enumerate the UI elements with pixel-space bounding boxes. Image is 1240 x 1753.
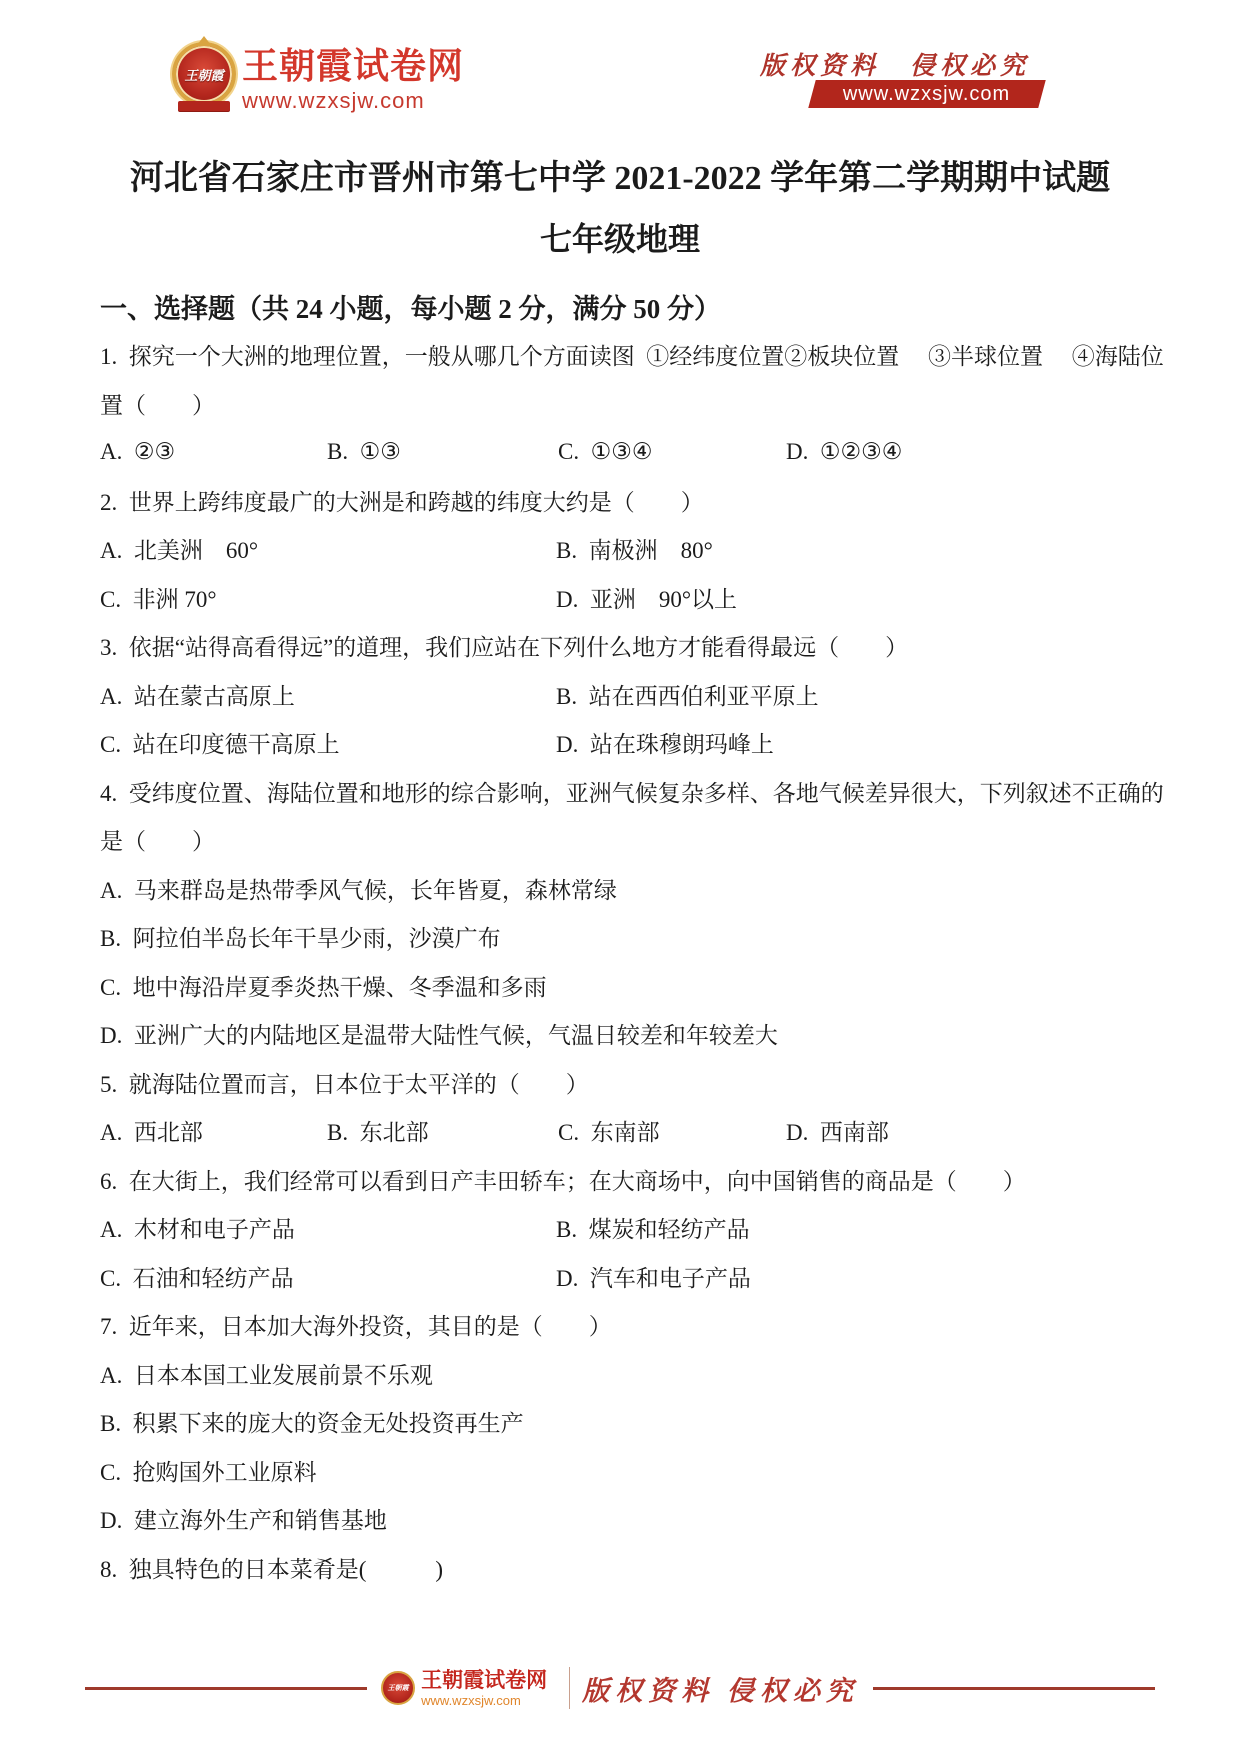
section-heading: 一、选择题（共 24 小题，每小题 2 分，满分 50 分） [100,282,1152,331]
q7-option-row: B. 积累下来的庞大的资金无处投资再生产 [100,1398,1152,1447]
url-banner: www.wzxsjw.com [808,80,1046,108]
q6-options-row: C. 石油和轻纺产品D. 汽车和电子产品 [100,1252,1152,1301]
q4-option-c: C. 地中海沿岸夏季炎热干燥、冬季温和多雨 [100,969,547,1002]
q1-option-a: A. ②③ [100,439,327,465]
q4-option-row: B. 阿拉伯半岛长年干旱少雨，沙漠广布 [100,913,1152,962]
q8-stem-line-1: 8. 独具特色的日本菜肴是( ) [100,1543,1152,1592]
page-subtitle: 七年级地理 [0,214,1240,260]
q1-option-b: B. ①③ [327,439,558,465]
site-name: 王朝霞试卷网 [242,48,464,84]
q5-option-d: D. 西南部 [786,1114,889,1147]
q5-options-row: A. 西北部B. 东北部C. 东南部D. 西南部 [100,1107,1152,1156]
q3-options-row: C. 站在印度德干高原上D. 站在珠穆朗玛峰上 [100,719,1152,768]
q5-option-b: B. 东北部 [327,1114,558,1147]
footer-site-name: 王朝霞试卷网 [421,1670,547,1691]
q4-option-a: A. 马来群岛是热带季风气候，长年皆夏，森林常绿 [100,872,617,905]
q1-stem-line-2: 置（ ） [100,379,1152,428]
q3-option-a: A. 站在蒙古高原上 [100,678,556,711]
q6-options-row: A. 木材和电子产品B. 煤炭和轻纺产品 [100,1204,1152,1253]
q7-option-row: C. 抢购国外工业原料 [100,1446,1152,1495]
q5-stem-line-1: 5. 就海陆位置而言，日本位于太平洋的（ ） [100,1058,1152,1107]
q4-option-row: C. 地中海沿岸夏季炎热干燥、冬季温和多雨 [100,961,1152,1010]
q3-options-row: A. 站在蒙古高原上B. 站在西西伯利亚平原上 [100,670,1152,719]
badge-text: 王朝霞 [184,65,223,84]
site-logo: 王朝霞试卷网 www.wzxsjw.com [242,48,464,112]
site-url: www.wzxsjw.com [242,90,464,112]
q7-option-row: A. 日本本国工业发展前景不乐观 [100,1349,1152,1398]
footer-logo-badge-icon: 王朝霞 [381,1671,415,1705]
q6-option-b: B. 煤炭和轻纺产品 [556,1211,750,1244]
q4-stem-line-1: 4. 受纬度位置、海陆位置和地形的综合影响，亚洲气候复杂多样、各地气候差异很大，… [100,767,1152,816]
q4-option-row: A. 马来群岛是热带季风气候，长年皆夏，森林常绿 [100,864,1152,913]
q5-option-c: C. 东南部 [558,1114,786,1147]
q4-option-b: B. 阿拉伯半岛长年干旱少雨，沙漠广布 [100,920,501,953]
q2-options-row: A. 北美洲 60°B. 南极洲 80° [100,525,1152,574]
q2-options-row: C. 非洲 70°D. 亚洲 90°以上 [100,573,1152,622]
q7-stem-line-1: 7. 近年来，日本加大海外投资，其目的是（ ） [100,1301,1152,1350]
q1-option-d: D. ①②③④ [786,439,902,465]
q6-option-c: C. 石油和轻纺产品 [100,1260,556,1293]
exam-paper-page: 王朝霞 王朝霞试卷网 www.wzxsjw.com 版权资料 侵权必究 www.… [0,0,1240,1753]
q1-options-row: A. ②③B. ①③C. ①③④D. ①②③④ [100,428,1152,477]
q2-option-d: D. 亚洲 90°以上 [556,581,737,614]
footer-site-logo: 王朝霞试卷网 www.wzxsjw.com [421,1670,547,1707]
q1-option-c: C. ①③④ [558,439,786,465]
q3-option-b: B. 站在西西伯利亚平原上 [556,678,819,711]
q1-stem-line-1: 1. 探究一个大洲的地理位置，一般从哪几个方面读图 ①经纬度位置②板块位置 ③半… [100,331,1152,380]
q4-option-row: D. 亚洲广大的内陆地区是温带大陆性气候，气温日较差和年较差大 [100,1010,1152,1059]
q7-option-d: D. 建立海外生产和销售基地 [100,1502,387,1535]
q3-option-c: C. 站在印度德干高原上 [100,726,556,759]
q4-option-d: D. 亚洲广大的内陆地区是温带大陆性气候，气温日较差和年较差大 [100,1017,778,1050]
footer-rule-left [85,1687,367,1690]
site-logo-badge-icon: 王朝霞 [172,42,236,106]
footer-divider [569,1667,570,1709]
q2-option-c: C. 非洲 70° [100,581,556,614]
q2-option-b: B. 南极洲 80° [556,532,713,565]
q6-stem-line-1: 6. 在大街上，我们经常可以看到日产丰田轿车；在大商场中，向中国销售的商品是（ … [100,1155,1152,1204]
footer-site-url: www.wzxsjw.com [421,1694,547,1707]
q6-option-d: D. 汽车和电子产品 [556,1260,751,1293]
q5-option-a: A. 西北部 [100,1114,327,1147]
page-title: 河北省石家庄市晋州市第七中学 2021-2022 学年第二学期期中试题 [0,150,1240,199]
q2-option-a: A. 北美洲 60° [100,532,556,565]
q3-option-d: D. 站在珠穆朗玛峰上 [556,726,774,759]
exam-body: 一、选择题（共 24 小题，每小题 2 分，满分 50 分） 1. 探究一个大洲… [100,282,1152,1592]
footer-copyright-notice: 版权资料 侵权必究 [582,1669,859,1708]
footer-badge-text: 王朝霞 [388,1683,409,1693]
q3-stem-line-1: 3. 依据“站得高看得远”的道理，我们应站在下列什么地方才能看得最远（ ） [100,622,1152,671]
page-footer: 王朝霞 王朝霞试卷网 www.wzxsjw.com 版权资料 侵权必究 [85,1660,1155,1716]
footer-rule-right [873,1687,1155,1690]
copyright-notice: 版权资料 侵权必究 [760,46,1030,82]
q4-stem-line-2: 是（ ） [100,816,1152,865]
q7-option-c: C. 抢购国外工业原料 [100,1454,317,1487]
url-banner-text: www.wzxsjw.com [843,83,1010,106]
q7-option-b: B. 积累下来的庞大的资金无处投资再生产 [100,1405,524,1438]
q7-option-row: D. 建立海外生产和销售基地 [100,1495,1152,1544]
questions-container: 1. 探究一个大洲的地理位置，一般从哪几个方面读图 ①经纬度位置②板块位置 ③半… [100,331,1152,1592]
q7-option-a: A. 日本本国工业发展前景不乐观 [100,1357,433,1390]
q6-option-a: A. 木材和电子产品 [100,1211,556,1244]
q2-stem-line-1: 2. 世界上跨纬度最广的大洲是和跨越的纬度大约是（ ） [100,476,1152,525]
